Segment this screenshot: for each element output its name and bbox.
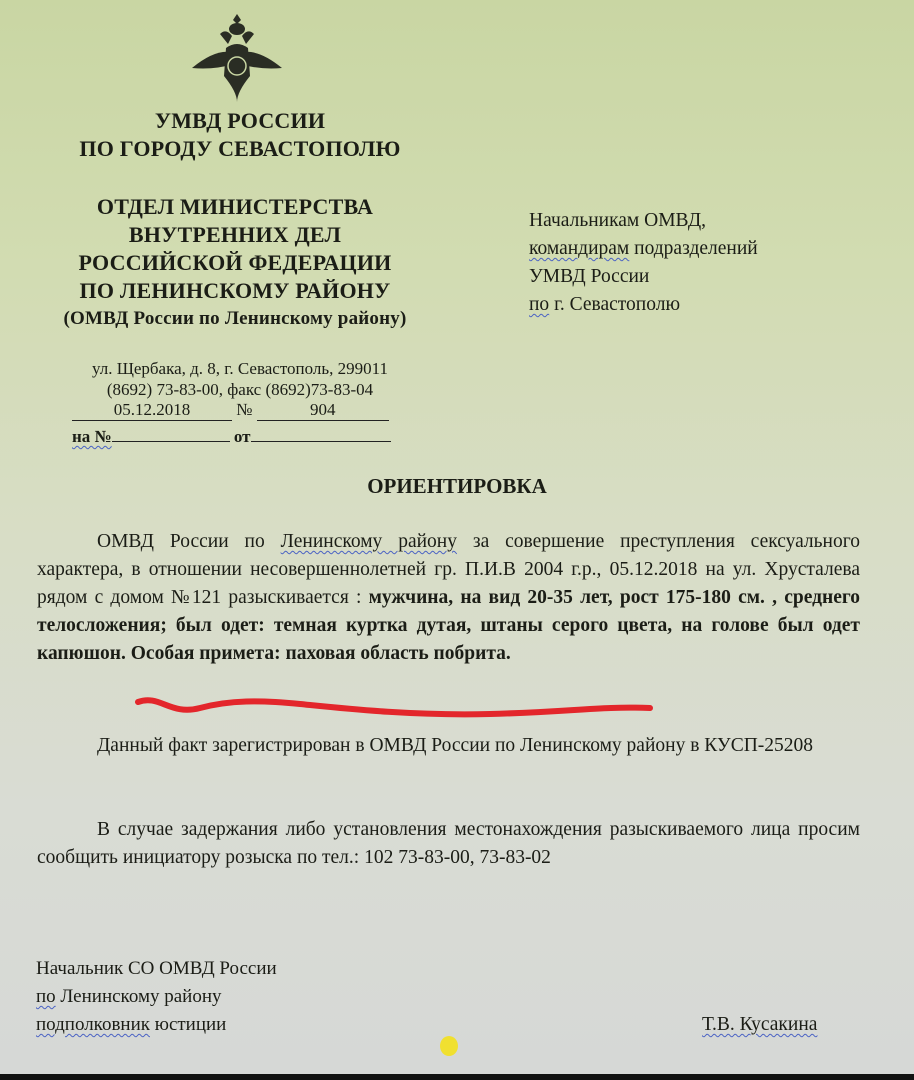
addressee-block: Начальникам ОМВД, командирам подразделен… bbox=[529, 207, 758, 319]
paragraph-registration: Данный факт зарегистрирован в ОМВД Росси… bbox=[37, 732, 860, 760]
ref-from-blank bbox=[251, 423, 391, 442]
registration-block: 05.12.2018 № 904 на № от bbox=[72, 400, 412, 444]
dept-line-1: ОТДЕЛ МИНИСТЕРСТВА bbox=[30, 193, 440, 221]
org-header: УМВД РОССИИ ПО ГОРОДУ СЕВАСТОПОЛЮ bbox=[40, 107, 440, 163]
reg-number: 904 bbox=[257, 400, 389, 421]
dept-line-3: РОССИЙСКОЙ ФЕДЕРАЦИИ bbox=[30, 249, 440, 277]
paragraph-description: ОМВД России по Ленинскому району за сове… bbox=[37, 528, 860, 668]
dept-line-4: ПО ЛЕНИНСКОМУ РАЙОНУ bbox=[30, 277, 440, 305]
signatory-name: Т.В. Кусакина bbox=[702, 1014, 817, 1036]
ref-number-label: на № bbox=[72, 427, 112, 446]
paragraph-contact: В случае задержания либо установления ме… bbox=[37, 816, 860, 872]
reg-number-label: № bbox=[236, 400, 252, 419]
dept-phones: (8692) 73-83-00, факс (8692)73-83-04 bbox=[40, 379, 440, 400]
eagle-emblem-icon bbox=[190, 12, 284, 104]
red-underline-annotation bbox=[130, 690, 660, 730]
sig-line-2-rest: Ленинскому району bbox=[56, 986, 222, 1007]
document-title: ОРИЕНТИРОВКА bbox=[0, 474, 914, 499]
sig-line-1: Начальник СО ОМВД России bbox=[36, 955, 277, 983]
addressee-line-1: Начальникам ОМВД, bbox=[529, 207, 758, 235]
signature-block: Начальник СО ОМВД России по Ленинскому р… bbox=[36, 955, 277, 1039]
dept-short-name: (ОМВД России по Ленинскому району) bbox=[30, 305, 440, 333]
ref-number-blank bbox=[112, 423, 230, 442]
sig-line-3-word: подполковник bbox=[36, 1014, 150, 1035]
bottom-edge bbox=[0, 1074, 914, 1080]
dept-address-block: ул. Щербака, д. 8, г. Севастополь, 29901… bbox=[40, 358, 440, 400]
dept-line-2: ВНУТРЕННИХ ДЕЛ bbox=[30, 221, 440, 249]
org-line-2: ПО ГОРОДУ СЕВАСТОПОЛЮ bbox=[40, 135, 440, 163]
p2-text: Данный факт зарегистрирован в ОМВД Росси… bbox=[97, 735, 813, 756]
addressee-line-4-word: по bbox=[529, 294, 549, 315]
addressee-line-2-rest: подразделений bbox=[629, 238, 757, 259]
addressee-line-3: УМВД России bbox=[529, 263, 758, 291]
sig-line-3-rest: юстиции bbox=[150, 1014, 226, 1035]
p3-text: В случае задержания либо установления ме… bbox=[37, 819, 860, 868]
sig-line-2-word: по bbox=[36, 986, 56, 1007]
ref-from-label: от bbox=[234, 427, 251, 446]
org-line-1: УМВД РОССИИ bbox=[40, 107, 440, 135]
yellow-dot-marker bbox=[440, 1036, 458, 1056]
dept-address: ул. Щербака, д. 8, г. Севастополь, 29901… bbox=[40, 358, 440, 379]
p1-district: Ленинскому району bbox=[281, 531, 457, 552]
p1-start: ОМВД России по bbox=[97, 531, 281, 552]
addressee-line-4-rest: г. Севастополю bbox=[549, 294, 680, 315]
reg-date: 05.12.2018 bbox=[72, 400, 232, 421]
dept-header: ОТДЕЛ МИНИСТЕРСТВА ВНУТРЕННИХ ДЕЛ РОССИЙ… bbox=[30, 193, 440, 333]
addressee-line-2-word: командирам bbox=[529, 238, 629, 259]
